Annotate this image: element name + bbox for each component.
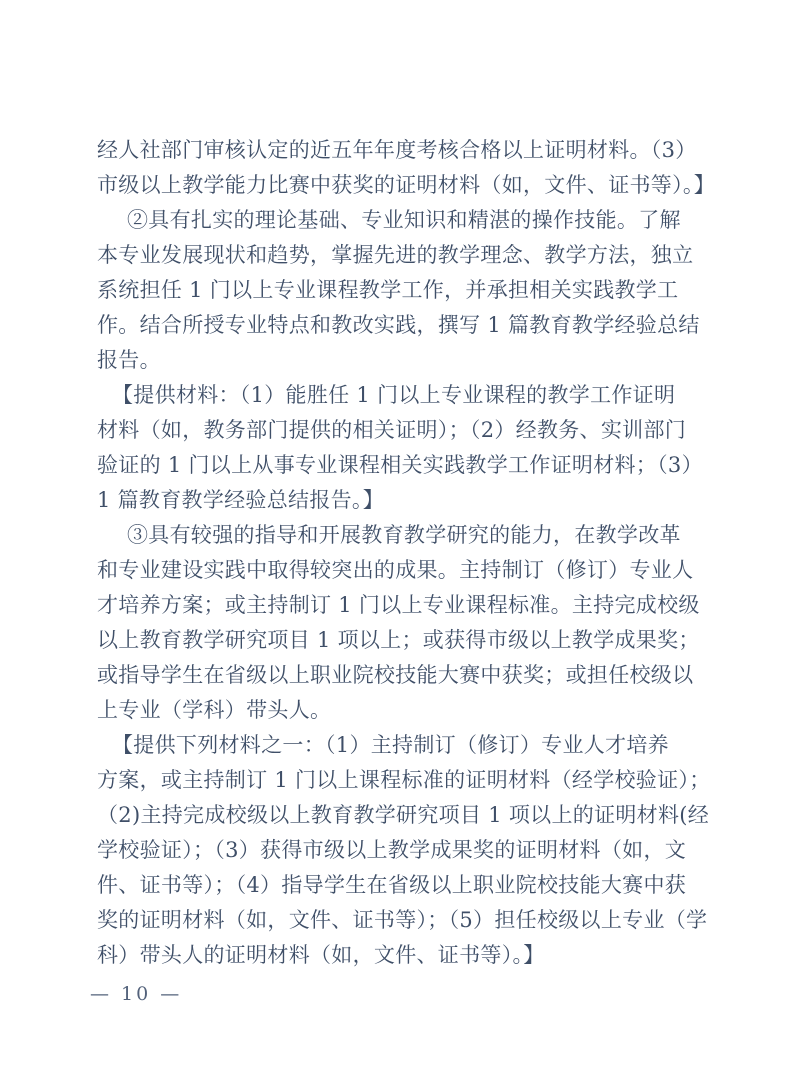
text-line: 验证的 1 门以上从事专业课程相关实践教学工作证明材料；（3） [97, 448, 715, 483]
text-line: 奖的证明材料（如，文件、证书等）；（5）担任校级以上专业（学 [97, 903, 715, 938]
text-line: 方案，或主持制订 1 门以上课程标准的证明材料（经学校验证）； [97, 763, 715, 798]
text-line: 或指导学生在省级以上职业院校技能大赛中获奖；或担任校级以 [97, 658, 715, 693]
text-line: 件、证书等）；（4）指导学生在省级以上职业院校技能大赛中获 [97, 868, 715, 903]
page-number: — 10 — [90, 983, 182, 1005]
document-body: 经人社部门审核认定的近五年年度考核合格以上证明材料。（3）市级以上教学能力比赛中… [97, 133, 715, 973]
text-line: 【提供材料：（1）能胜任 1 门以上专业课程的教学工作证明 [97, 378, 715, 413]
text-line: 报告。 [97, 343, 715, 378]
text-line: 以上教育教学研究项目 1 项以上；或获得市级以上教学成果奖； [97, 623, 715, 658]
text-line: 本专业发展现状和趋势，掌握先进的教学理念、教学方法，独立 [97, 238, 715, 273]
text-line: （2)主持完成校级以上教育教学研究项目 1 项以上的证明材料(经 [97, 798, 715, 833]
text-line: 科）带头人的证明材料（如，文件、证书等）。】 [97, 938, 715, 973]
text-line: ③具有较强的指导和开展教育教学研究的能力，在教学改革 [97, 518, 715, 553]
text-line: 1 篇教育教学经验总结报告。】 [97, 483, 715, 518]
text-line: 上专业（学科）带头人。 [97, 693, 715, 728]
text-line: 才培养方案；或主持制订 1 门以上专业课程标准。主持完成校级 [97, 588, 715, 623]
text-line: ②具有扎实的理论基础、专业知识和精湛的操作技能。了解 [97, 203, 715, 238]
text-line: 【提供下列材料之一：（1）主持制订（修订）专业人才培养 [97, 728, 715, 763]
text-line: 和专业建设实践中取得较突出的成果。主持制订（修订）专业人 [97, 553, 715, 588]
text-line: 作。结合所授专业特点和教改实践，撰写 1 篇教育教学经验总结 [97, 308, 715, 343]
text-line: 材料（如，教务部门提供的相关证明）；（2）经教务、实训部门 [97, 413, 715, 448]
text-line: 市级以上教学能力比赛中获奖的证明材料（如，文件、证书等）。】 [97, 168, 715, 203]
text-line: 学校验证）；（3）获得市级以上教学成果奖的证明材料（如，文 [97, 833, 715, 868]
document-page: 经人社部门审核认定的近五年年度考核合格以上证明材料。（3）市级以上教学能力比赛中… [0, 0, 790, 1082]
text-line: 系统担任 1 门以上专业课程教学工作，并承担相关实践教学工 [97, 273, 715, 308]
text-line: 经人社部门审核认定的近五年年度考核合格以上证明材料。（3） [97, 133, 715, 168]
